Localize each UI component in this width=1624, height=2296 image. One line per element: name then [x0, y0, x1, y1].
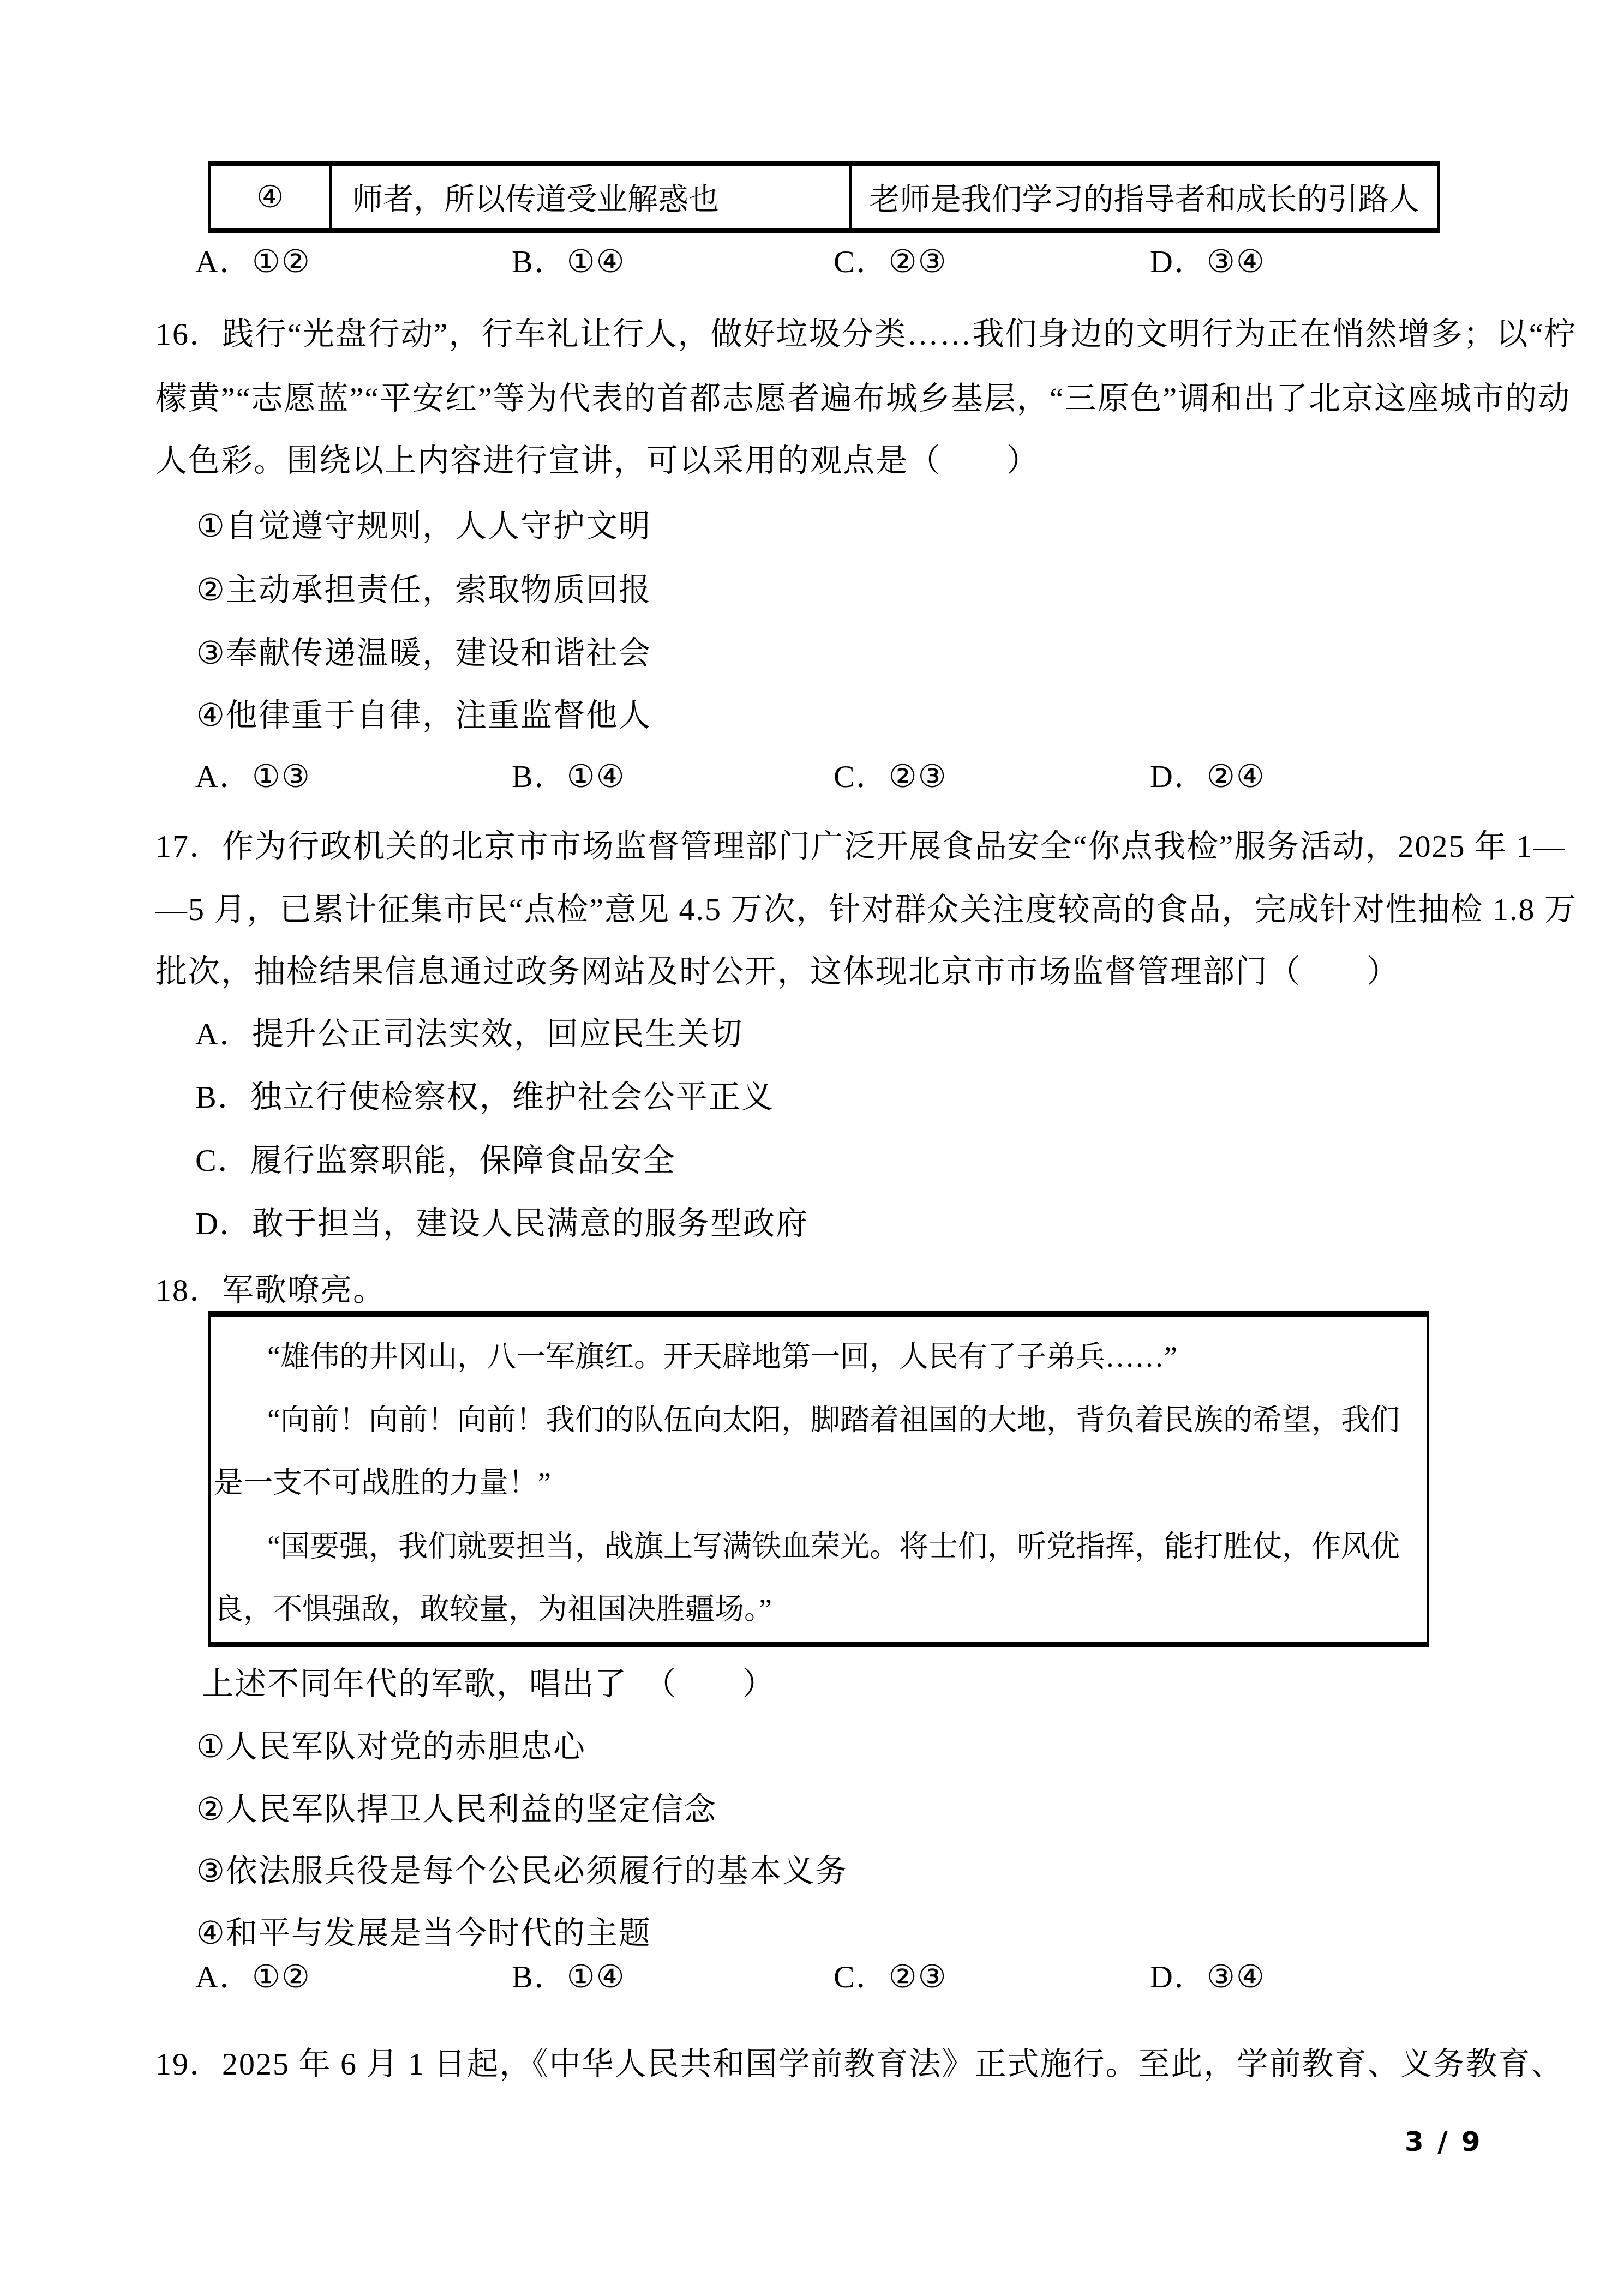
q18-box-line-3: 是一支不可战胜的力量！”: [214, 1466, 551, 1500]
q18-stem: 上述不同年代的军歌，唱出了 （ ）: [202, 1666, 775, 1703]
q18-option-d: D．③④: [1150, 1959, 1266, 1996]
exam-page: ④ 师者，所以传道受业解惑也 老师是我们学习的指导者和成长的引路人 A．①② B…: [0, 0, 1624, 2296]
q18-box-line-5: 良，不惧强敌，敢较量，为祖国决胜疆场。”: [214, 1592, 772, 1626]
q16-option-b: B．①④: [512, 759, 626, 795]
q16-option-a: A．①③: [195, 759, 311, 795]
q18-title: 18．军歌嘹亮。: [155, 1272, 386, 1309]
teacher-quote-table: ④ 师者，所以传道受业解惑也 老师是我们学习的指导者和成长的引路人: [208, 161, 1440, 233]
q16-option-d: D．②④: [1150, 759, 1266, 795]
q15-option-c: C．②③: [834, 244, 948, 280]
q15-option-a: A．①②: [195, 244, 311, 280]
page-number-indicator: 3 / 9: [1405, 2126, 1483, 2157]
q16-item-2: ②主动承担责任，索取物质回报: [196, 572, 651, 609]
q17-stem-line-1: 17．作为行政机关的北京市市场监督管理部门广泛开展食品安全“你点我检”服务活动，…: [155, 828, 1566, 865]
q16-stem-line-2: 檬黄”“志愿蓝”“平安红”等为代表的首都志愿者遍布城乡基层，“三原色”调和出了北…: [155, 381, 1571, 417]
q18-option-a: A．①②: [195, 1959, 311, 1996]
q18-box-line-1: “雄伟的井冈山，八一军旗红。开天辟地第一回，人民有了子弟兵……”: [267, 1340, 1177, 1374]
q18-item-4: ④和平与发展是当今时代的主题: [196, 1915, 651, 1952]
q16-item-4: ④他律重于自律，注重监督他人: [196, 698, 651, 734]
q17-option-c: C．履行监察职能，保障食品安全: [195, 1143, 676, 1179]
q17-option-a: A．提升公正司法实效，回应民生关切: [195, 1016, 743, 1053]
q16-stem-line-1: 16．践行“光盘行动”，行车礼让行人，做好垃圾分类……我们身边的文明行为正在悄然…: [155, 316, 1577, 353]
q16-stem-line-3: 人色彩。围绕以上内容进行宣讲，可以采用的观点是（ ）: [155, 443, 1039, 479]
q15-option-b: B．①④: [512, 244, 626, 280]
q16-item-1: ①自觉遵守规则，人人守护文明: [196, 508, 651, 545]
q16-option-c: C．②③: [834, 759, 948, 795]
q17-option-d: D．敢于担当，建设人民满意的服务型政府: [195, 1206, 808, 1242]
table-cell-classic-quote: 师者，所以传道受业解惑也: [332, 166, 852, 228]
table-cell-circled-number: ④: [211, 166, 332, 228]
q18-option-c: C．②③: [834, 1959, 948, 1996]
q17-option-b: B．独立行使检察权，维护社会公平正义: [195, 1079, 774, 1116]
q18-item-3: ③依法服兵役是每个公民必须履行的基本义务: [196, 1853, 848, 1890]
q18-box-line-4: “国要强，我们就要担当，战旗上写满铁血荣光。将士们，听党指挥，能打胜仗，作风优: [267, 1530, 1400, 1564]
table-cell-interpretation: 老师是我们学习的指导者和成长的引路人: [852, 166, 1437, 228]
q16-item-3: ③奉献传递温暖，建设和谐社会: [196, 635, 651, 672]
q18-item-1: ①人民军队对党的赤胆忠心: [196, 1729, 586, 1765]
q15-option-d: D．③④: [1150, 244, 1266, 280]
q18-box-line-2: “向前！向前！向前！我们的队伍向太阳，脚踏着祖国的大地，背负着民族的希望，我们: [267, 1403, 1400, 1437]
q17-stem-line-2: —5 月，已累计征集市民“点检”意见 4.5 万次，针对群众关注度较高的食品，完…: [155, 892, 1577, 928]
q18-option-b: B．①④: [512, 1959, 626, 1996]
q18-item-2: ②人民军队捍卫人民利益的坚定信念: [196, 1792, 717, 1828]
q17-stem-line-3: 批次，抽检结果信息通过政务网站及时公开，这体现北京市市场监督管理部门（ ）: [155, 954, 1399, 990]
q19-stem-line-1: 19．2025 年 6 月 1 日起，《中华人民共和国学前教育法》正式施行。至此…: [155, 2046, 1564, 2083]
